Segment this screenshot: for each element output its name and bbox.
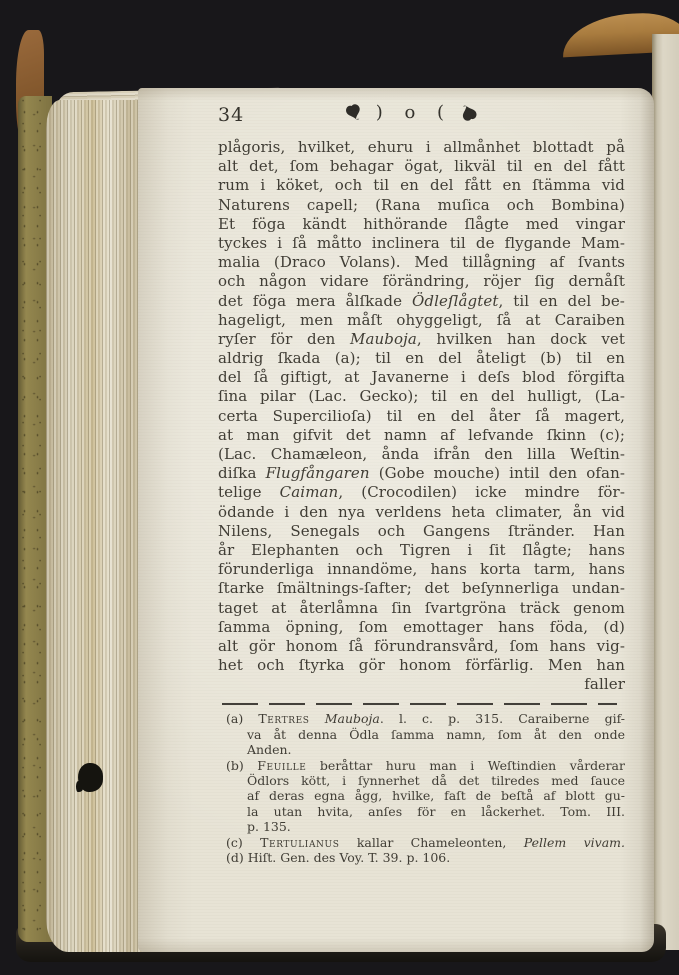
text-line: ſtarke ſmältnings-ſafter; det beſynnerli…	[218, 579, 625, 598]
text-segment: förunderliga innandöme, hans korta tarm,…	[218, 560, 625, 578]
fleuron-icon	[458, 102, 480, 124]
text-segment: malia (Draco Volans). Med tillågning af …	[218, 253, 625, 271]
text-segment: det föga mera ålſkade	[218, 292, 412, 310]
text-segment: diſka	[218, 464, 266, 482]
text-segment: tyckes i ſå måtto inclinera til de flyga…	[218, 234, 625, 252]
text-segment: kallar Chameleonten,	[339, 835, 523, 850]
text-segment: telige	[218, 483, 280, 501]
text-line: alt det, ſom behagar ögat, likväl til en…	[218, 157, 625, 176]
text-segment: ſina pilar (Lac. Gecko); til en del hull…	[218, 387, 625, 405]
text-segment: Et föga kändt hithörande ſlågte med ving…	[218, 215, 625, 233]
text-segment: alt det, ſom behagar ögat, likväl til en…	[218, 157, 625, 175]
page-number: 34	[218, 104, 244, 126]
text-segment: rum i köket, och til en del fått en ſtäm…	[218, 176, 625, 194]
text-segment: Mauboja	[350, 330, 417, 348]
text-line: het och ſtyrka gör honom förfärlig. Men …	[218, 656, 625, 675]
text-segment: ſamma öpning, ſom emottager hans föda, (…	[218, 618, 625, 636]
text-line: certa Supercilioſa) til en del åter ſå m…	[218, 407, 625, 426]
footnotes: (a) Tertres Mauboja. l. c. p. 315. Carai…	[218, 711, 625, 865]
footnote-line: (a) Tertres Mauboja. l. c. p. 315. Carai…	[226, 711, 625, 726]
text-line: at man gifvit det namn af lefvande ſkinn…	[218, 426, 625, 445]
text-segment: Feuille	[257, 758, 306, 773]
text-line: rum i köket, och til en del fått en ſtäm…	[218, 176, 625, 195]
text-line: ödande i den nya verldens heta climater,…	[218, 503, 625, 522]
page-content: 34 ) o ( plågoris, hvilket, ehuru i allm…	[138, 88, 654, 952]
text-segment: p. 135.	[247, 819, 291, 834]
text-segment: Pellem vivam.	[524, 835, 625, 850]
page-header: 34 ) o (	[218, 102, 625, 126]
text-segment: år Elephanten och Tigren i ſit ſlågte; h…	[218, 541, 625, 559]
page-fore-edges	[46, 100, 150, 952]
text-segment: (Gobe mouche) intil den ofan-	[370, 464, 625, 482]
text-segment: Flugfångaren	[266, 464, 370, 482]
footnote-line: p. 135.	[247, 819, 625, 834]
text-segment: het och ſtyrka gör honom förfärlig. Men …	[218, 656, 625, 674]
text-segment: ödande i den nya verldens heta climater,…	[218, 503, 625, 521]
text-line: Et föga kändt hithörande ſlågte med ving…	[218, 215, 625, 234]
text-segment: faller	[584, 675, 625, 693]
text-segment: Tertulianus	[260, 835, 339, 850]
body-text: plågoris, hvilket, ehuru i allmånhet blo…	[218, 138, 625, 694]
text-line: och någon vidare förändring, röjer ſig d…	[218, 272, 625, 291]
text-line: (Lac. Chamæleon, ånda ifrån den lilla We…	[218, 445, 625, 464]
text-segment: Nilens, Senegals och Gangens ſtränder. H…	[218, 522, 625, 540]
book-scan: 34 ) o ( plågoris, hvilket, ehuru i allm…	[0, 0, 679, 975]
text-line: hageligt, men måſt ohyggeligt, ſå at Car…	[218, 311, 625, 330]
text-segment: beråttar huru man i Weſtindien vårderar	[306, 758, 625, 773]
text-line: förunderliga innandöme, hans korta tarm,…	[218, 560, 625, 579]
text-segment: at man gifvit det namn af lefvande ſkinn…	[218, 426, 625, 444]
text-segment: del ſå giftigt, at Javanerne i deſs blod…	[218, 368, 625, 386]
text-segment: alt gör honom ſå förundransvård, ſom han…	[218, 637, 625, 655]
header-ornament: ) o (	[345, 102, 477, 123]
footnote-line: Anden.	[247, 742, 625, 757]
text-line: år Elephanten och Tigren i ſit ſlågte; h…	[218, 541, 625, 560]
text-segment: taget at återlåmna ſin ſvartgröna träck …	[218, 599, 625, 617]
ink-blot	[78, 763, 103, 792]
next-page-sliver	[652, 34, 679, 950]
text-segment: , til en del be-	[499, 292, 625, 310]
text-line: det föga mera ålſkade Ödleſlågtet, til e…	[218, 292, 625, 311]
text-line: alt gör honom ſå förundransvård, ſom han…	[218, 637, 625, 656]
text-segment: , hvilken han dock vet	[417, 330, 625, 348]
text-segment: ryſer för den	[218, 330, 350, 348]
text-line: malia (Draco Volans). Med tillågning af …	[218, 253, 625, 272]
text-segment: Tertres	[258, 711, 309, 726]
text-line: tyckes i ſå måtto inclinera til de flyga…	[218, 234, 625, 253]
footnote-separator	[222, 703, 617, 705]
text-segment: plågoris, hvilket, ehuru i allmånhet blo…	[218, 138, 625, 156]
text-segment: (Lac. Chamæleon, ånda ifrån den lilla We…	[218, 445, 625, 463]
text-line: del ſå giftigt, at Javanerne i deſs blod…	[218, 368, 625, 387]
text-segment: la utan hvita, anſes för en låckerhet. T…	[247, 804, 625, 819]
text-segment: (c)	[226, 835, 260, 850]
text-segment: af deras egna ågg, hvilke, faſt de beſtå…	[247, 788, 625, 803]
text-segment: va åt denna Ödla ſamma namn, ſom åt den …	[247, 727, 625, 742]
text-line: telige Caiman, (Crocodilen) icke mindre …	[218, 483, 625, 502]
text-segment: certa Supercilioſa) til en del åter ſå m…	[218, 407, 625, 425]
text-line: ſamma öpning, ſom emottager hans föda, (…	[218, 618, 625, 637]
text-segment	[310, 711, 325, 726]
footnote-line: va åt denna Ödla ſamma namn, ſom åt den …	[247, 727, 625, 742]
text-segment: , (Crocodilen) icke mindre för-	[338, 483, 625, 501]
text-segment: Anden.	[247, 742, 292, 757]
text-line: ſina pilar (Lac. Gecko); til en del hull…	[218, 387, 625, 406]
ornament-brackets: ) o (	[376, 102, 446, 123]
text-segment: (a)	[226, 711, 258, 726]
text-line: Naturens capell; (Rana muſica och Bombin…	[218, 196, 625, 215]
text-segment: Ödlors kött, i ſynnerhet då det tilredes…	[247, 773, 625, 788]
book-page: 34 ) o ( plågoris, hvilket, ehuru i allm…	[138, 88, 654, 952]
text-segment: Mauboja	[325, 711, 380, 726]
text-line: ryſer för den Mauboja, hvilken han dock …	[218, 330, 625, 349]
text-segment: (d) Hiſt. Gen. des Voy. T. 39. p. 106.	[226, 850, 450, 865]
text-segment: aldrig ſkada (a); til en del åteligt (b)…	[218, 349, 625, 367]
text-segment: och någon vidare förändring, röjer ſig d…	[218, 272, 625, 290]
footnote-line: af deras egna ågg, hvilke, faſt de beſtå…	[247, 788, 625, 803]
text-segment: (b)	[226, 758, 257, 773]
text-line: diſka Flugfångaren (Gobe mouche) intil d…	[218, 464, 625, 483]
footnote-line: Ödlors kött, i ſynnerhet då det tilredes…	[247, 773, 625, 788]
fleuron-icon	[343, 102, 364, 123]
text-line: Nilens, Senegals och Gangens ſtränder. H…	[218, 522, 625, 541]
text-line: aldrig ſkada (a); til en del åteligt (b)…	[218, 349, 625, 368]
text-line: plågoris, hvilket, ehuru i allmånhet blo…	[218, 138, 625, 157]
footnote-line: (b) Feuille beråttar huru man i Weſtindi…	[226, 758, 625, 773]
text-line: taget at återlåmna ſin ſvartgröna träck …	[218, 599, 625, 618]
footnote-line: la utan hvita, anſes för en låckerhet. T…	[247, 804, 625, 819]
text-segment: hageligt, men måſt ohyggeligt, ſå at Car…	[218, 311, 625, 329]
text-segment: Naturens capell; (Rana muſica och Bombin…	[218, 196, 625, 214]
text-line: faller	[218, 675, 625, 694]
footnote-line: (d) Hiſt. Gen. des Voy. T. 39. p. 106.	[226, 850, 625, 865]
text-segment: . l. c. p. 315. Caraiberne gif-	[380, 711, 625, 726]
text-segment: Ödleſlågtet	[412, 292, 499, 310]
text-segment: Caiman	[280, 483, 339, 501]
text-segment: ſtarke ſmältnings-ſafter; det beſynnerli…	[218, 579, 625, 597]
footnote-line: (c) Tertulianus kallar Chameleonten, Pel…	[226, 835, 625, 850]
